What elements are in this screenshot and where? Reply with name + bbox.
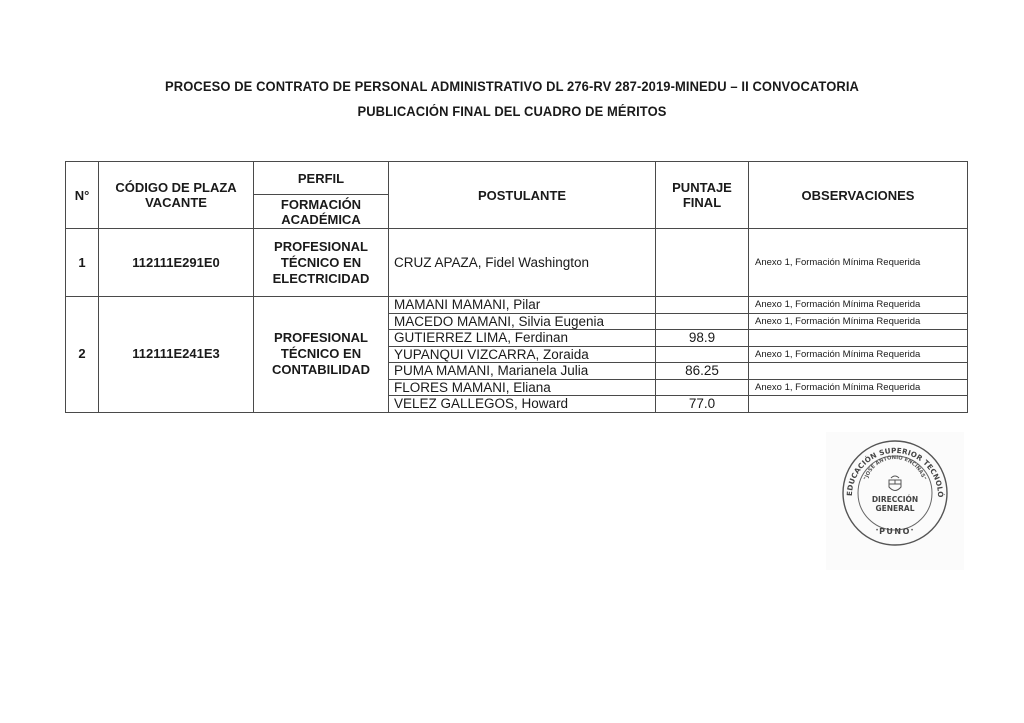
svg-text:DIRECCIÓN: DIRECCIÓN [872,495,918,504]
official-stamp: INSTITUTO DE EDUCACIÓN SUPERIOR TECNOLÓG… [826,432,964,570]
applicant-name: FLORES MAMANI, Eliana [389,379,656,396]
svg-text:•: • [911,528,913,534]
document-subtitle: PUBLICACIÓN FINAL DEL CUADRO DE MÉRITOS [20,104,1003,119]
header-perfil: PERFIL [254,162,389,195]
row-formacion: PROFESIONAL TÉCNICO EN ELECTRICIDAD [254,229,389,297]
applicant-score [656,313,749,330]
applicant-name: MACEDO MAMANI, Silvia Eugenia [389,313,656,330]
applicant-observation: Anexo 1, Formación Mínima Requerida [749,313,968,330]
applicant-observation: Anexo 1, Formación Mínima Requerida [749,297,968,314]
applicant-score [656,229,749,297]
applicant-observation [749,363,968,380]
applicant-name: PUMA MAMANI, Marianela Julia [389,363,656,380]
row-numero: 1 [66,229,99,297]
svg-text:INSTITUTO DE EDUCACIÓN SUPERIO: INSTITUTO DE EDUCACIÓN SUPERIOR TECNOLÓG… [840,438,945,498]
merit-table-body: 1112111E291E0PROFESIONAL TÉCNICO EN ELEC… [66,229,968,413]
applicant-name: MAMANI MAMANI, Pilar [389,297,656,314]
merit-table: N° CÓDIGO DE PLAZA VACANTE PERFIL POSTUL… [65,161,968,413]
applicant-observation [749,330,968,347]
applicant-score: 98.9 [656,330,749,347]
row-numero: 2 [66,297,99,413]
applicant-score: 77.0 [656,396,749,413]
header-puntaje: PUNTAJE FINAL [656,162,749,229]
document-title: PROCESO DE CONTRATO DE PERSONAL ADMINIST… [20,79,1003,94]
svg-text:•: • [876,528,878,534]
applicant-observation: Anexo 1, Formación Mínima Requerida [749,346,968,363]
peru-coat-of-arms-icon [889,476,901,491]
applicant-name: VELEZ GALLEGOS, Howard [389,396,656,413]
applicant-score [656,379,749,396]
applicant-name: GUTIERREZ LIMA, Ferdinan [389,330,656,347]
applicant-name: YUPANQUI VIZCARRA, Zoraida [389,346,656,363]
row-codigo: 112111E291E0 [99,229,254,297]
applicant-name: CRUZ APAZA, Fidel Washington [389,229,656,297]
header-observaciones: OBSERVACIONES [749,162,968,229]
header-numero: N° [66,162,99,229]
svg-text:PUNO: PUNO [879,527,911,536]
header-postulante: POSTULANTE [389,162,656,229]
applicant-observation: Anexo 1, Formación Mínima Requerida [749,379,968,396]
svg-text:GENERAL: GENERAL [875,504,914,513]
header-formacion: FORMACIÓN ACADÉMICA [254,195,389,229]
row-codigo: 112111E241E3 [99,297,254,413]
table-row: 1112111E291E0PROFESIONAL TÉCNICO EN ELEC… [66,229,968,297]
applicant-score: 86.25 [656,363,749,380]
applicant-score [656,346,749,363]
applicant-observation: Anexo 1, Formación Mínima Requerida [749,229,968,297]
header-codigo: CÓDIGO DE PLAZA VACANTE [99,162,254,229]
row-formacion: PROFESIONAL TÉCNICO EN CONTABILIDAD [254,297,389,413]
applicant-score [656,297,749,314]
table-row: 2112111E241E3PROFESIONAL TÉCNICO EN CONT… [66,297,968,314]
institution-seal-icon: INSTITUTO DE EDUCACIÓN SUPERIOR TECNOLÓG… [840,438,950,548]
applicant-observation [749,396,968,413]
